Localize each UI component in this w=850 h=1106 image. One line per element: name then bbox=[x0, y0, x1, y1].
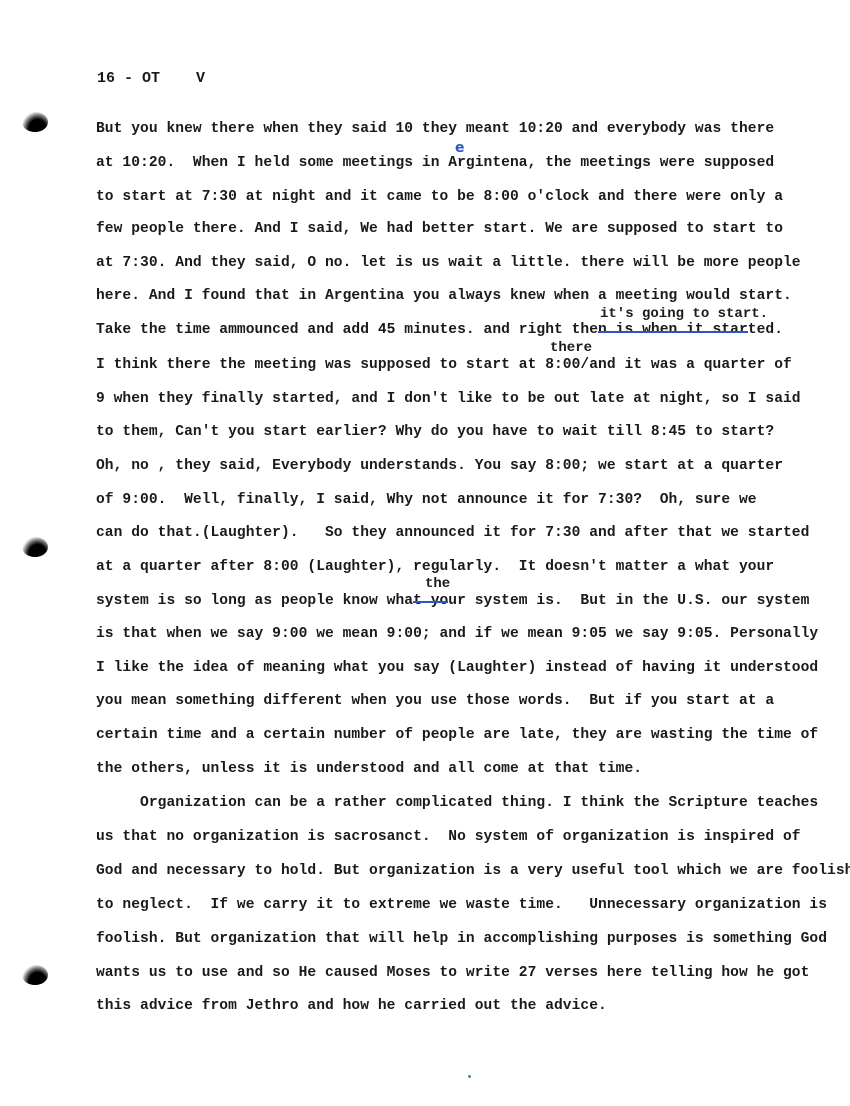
text-line: I like the idea of meaning what you say … bbox=[96, 660, 818, 676]
text-line: of 9:00. Well, finally, I said, Why not … bbox=[96, 492, 757, 508]
text-line: few people there. And I said, We had bet… bbox=[96, 221, 783, 237]
typed-insert-its-going: it's going to start. bbox=[600, 306, 768, 322]
binder-hole-icon bbox=[22, 965, 48, 985]
text-line: foolish. But organization that will help… bbox=[96, 931, 827, 947]
typed-insert-there: there bbox=[550, 340, 592, 356]
text-line: But you knew there when they said 10 the… bbox=[96, 121, 774, 137]
text-line: at 7:30. And they said, O no. let is us … bbox=[96, 255, 801, 271]
text-line: I think there the meeting was supposed t… bbox=[96, 357, 792, 373]
text-line: system is so long as people know what yo… bbox=[96, 593, 809, 609]
text-line: certain time and a certain number of peo… bbox=[96, 727, 818, 743]
text-line: here. And I found that in Argentina you … bbox=[96, 288, 792, 304]
section-number: V bbox=[196, 70, 205, 87]
text-line: wants us to use and so He caused Moses t… bbox=[96, 965, 809, 981]
typewritten-page: 16 - OTV But you knew there when they sa… bbox=[0, 0, 850, 1106]
text-line: to neglect. If we carry it to extreme we… bbox=[96, 897, 827, 913]
text-line: is that when we say 9:00 we mean 9:00; a… bbox=[96, 626, 818, 642]
typed-insert-the: the bbox=[425, 576, 450, 592]
ink-speck bbox=[468, 1075, 471, 1078]
binder-hole-icon bbox=[22, 112, 48, 132]
text-line: can do that.(Laughter). So they announce… bbox=[96, 525, 809, 541]
text-line: you mean something different when you us… bbox=[96, 693, 774, 709]
page-header: 16 - OTV bbox=[97, 70, 205, 87]
text-line: us that no organization is sacrosanct. N… bbox=[96, 829, 801, 845]
strikethrough-mark bbox=[413, 601, 448, 603]
binder-hole-icon bbox=[22, 537, 48, 557]
handwritten-insert-e: e bbox=[455, 140, 465, 156]
text-line: Take the time ammounced and add 45 minut… bbox=[96, 322, 783, 338]
text-line: this advice from Jethro and how he carri… bbox=[96, 998, 607, 1014]
text-line: God and necessary to hold. But organizat… bbox=[96, 863, 850, 879]
text-line: to start at 7:30 at night and it came to… bbox=[96, 189, 783, 205]
text-line: at 10:20. When I held some meetings in A… bbox=[96, 155, 774, 171]
text-line: at a quarter after 8:00 (Laughter), regu… bbox=[96, 559, 774, 575]
strikethrough-mark bbox=[598, 331, 748, 333]
text-line: 9 when they finally started, and I don't… bbox=[96, 391, 801, 407]
text-line: to them, Can't you start earlier? Why do… bbox=[96, 424, 774, 440]
page-label: 16 - OT bbox=[97, 70, 160, 87]
text-line: Organization can be a rather complicated… bbox=[96, 795, 818, 811]
text-line: Oh, no , they said, Everybody understand… bbox=[96, 458, 783, 474]
text-line: the others, unless it is understood and … bbox=[96, 761, 642, 777]
